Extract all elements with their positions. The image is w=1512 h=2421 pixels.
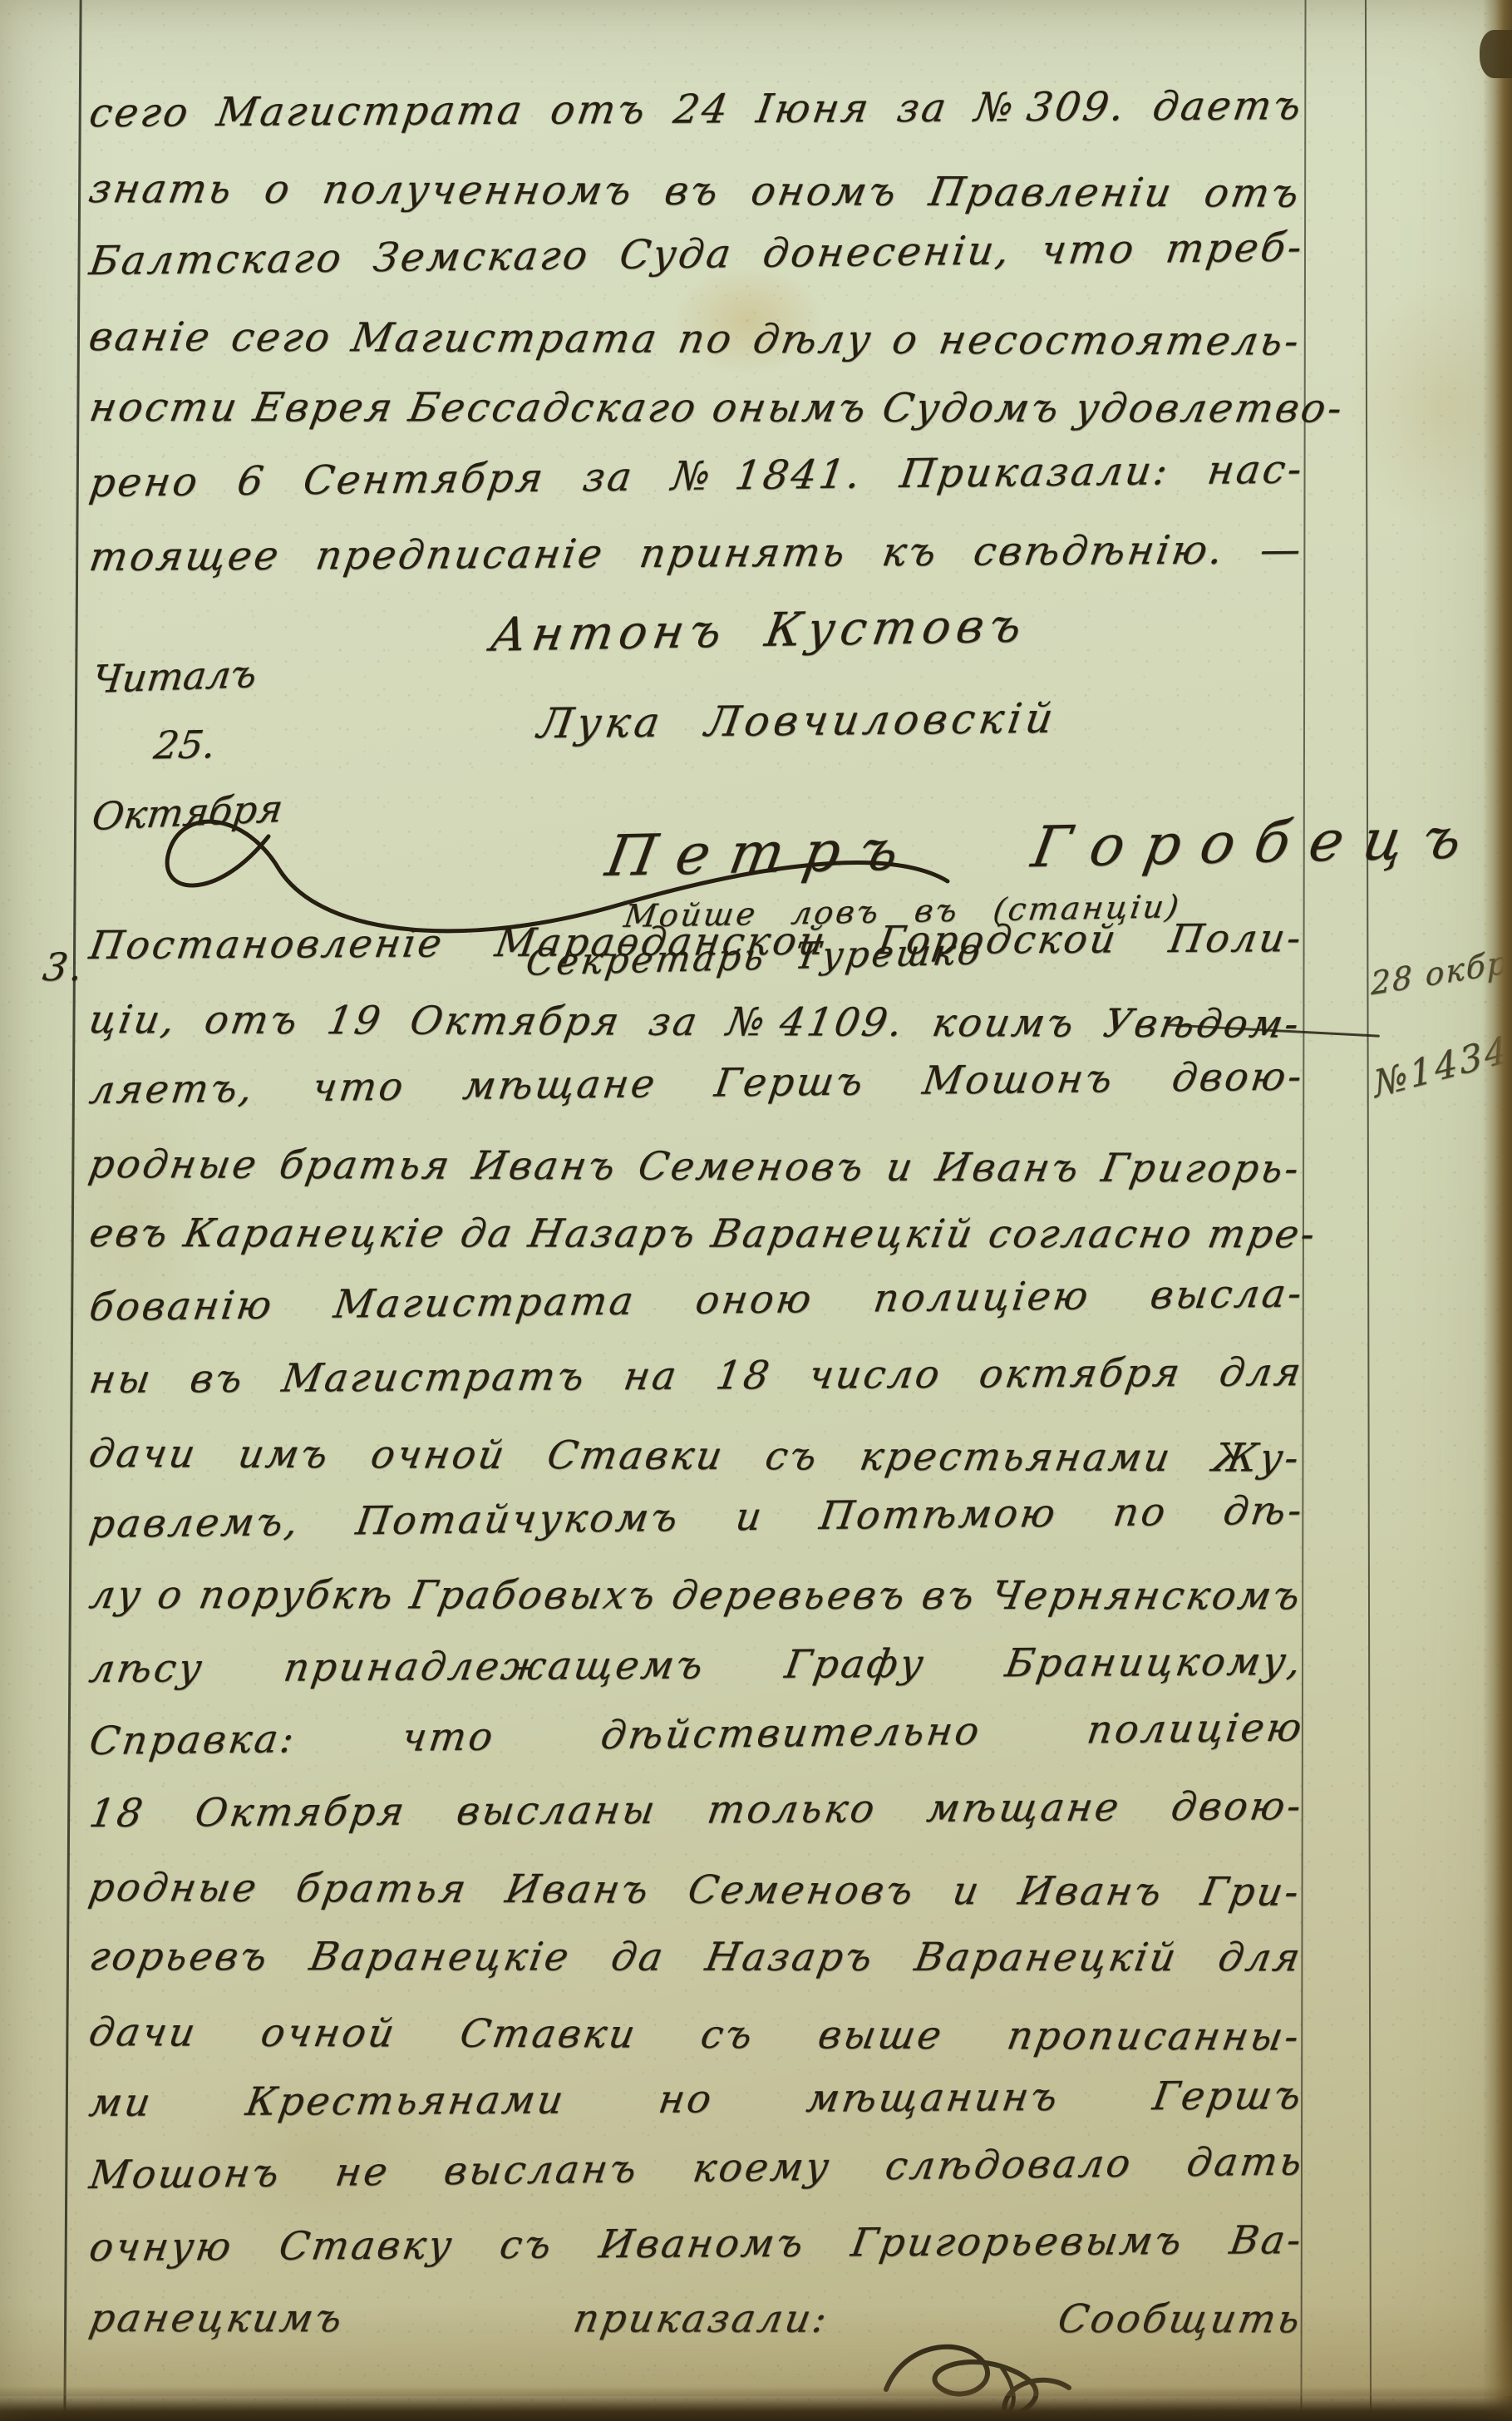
right-margin-number-note: №1434 [1372,1028,1512,1107]
manuscript-line: лу о порубкѣ Грабовыхъ деревьевъ въ Черн… [84,1559,1308,1632]
manuscript-line: родные братья Иванъ Семеновъ и Иванъ Гри… [83,1128,1307,1206]
manuscript-line: Постановленіе Мараѳданской Городской Пол… [84,902,1308,982]
margin-note-day: 25. [150,709,287,780]
paper-stain [1347,283,1512,532]
manuscript-page: сего Магистрата отъ 24 Іюня за №309. дае… [0,0,1512,2421]
entry-paragraph: 3. Постановленіе Мараѳданской Городской … [90,910,1302,2356]
manuscript-line: ваніе сего Магистрата по дѣлу о несостоя… [83,300,1307,379]
manuscript-line: рено 6 Сентября за №1841. Приказали: нас… [85,432,1309,520]
manuscript-line: тоящее предписаніе принять къ свѣдѣнію. … [84,513,1308,594]
manuscript-line: Балтскаго Земскаго Суда донесеніи, что т… [85,210,1309,298]
margin-rule-left [63,0,81,2421]
right-margin-date-note: 28 окбр [1371,944,1509,1003]
manuscript-line: горьевъ Варанецкіе да Назаръ Варанецкій … [84,1921,1308,1994]
manuscript-line: Мошонъ не высланъ коему слѣдовало дать [85,2125,1308,2211]
manuscript-line: ляетъ, что мѣщане Гершъ Мошонъ двою- [85,1040,1308,1127]
margin-note-word: Читалъ [88,639,286,713]
manuscript-line: равлемъ, Потайчукомъ и Потѣмою по дѣ- [85,1474,1308,1561]
manuscript-line: сего Магистрата отъ 24 Іюня за №309. дае… [84,69,1308,150]
manuscript-line: 18 Октября высланы только мѣщане двою- [84,1770,1308,1850]
manuscript-line: бованію Магистрата оною полиціею высла- [85,1257,1308,1344]
margin-note-month: Октября [88,774,288,851]
margin-rule-right-outer [1365,0,1372,2421]
left-margin-reading-note: Читалъ 25. Октября [93,642,282,846]
entry-lines: Постановленіе Мараѳданской Городской Пол… [90,910,1302,2356]
signature-second-member: Лука Ловчиловскій [534,694,1060,748]
manuscript-line: Справка: что дѣйствительно полиціею [85,1691,1308,1778]
entry-number: 3. [38,931,90,1003]
page-edge-right [1483,0,1512,2421]
manuscript-line: ранецкимъ приказали: Сообщить [84,2282,1308,2355]
signature-first-member: Антонъ Кустовъ [487,599,1031,662]
manuscript-line: родные братья Иванъ Семеновъ и Иванъ Гри… [83,1851,1307,1929]
page-edge-bottom [0,2386,1512,2421]
manuscript-line: ны въ Магистратъ на 18 число октября для [84,1336,1308,1416]
opening-paragraph: сего Магистрата отъ 24 Іюня за №309. дае… [90,76,1302,594]
signature-third-member: Петръ Горобецъ [601,806,1486,890]
page-edge-notch [1480,30,1512,78]
manuscript-line: очную Ставку съ Иваномъ Григорьевымъ Ва- [84,2204,1308,2284]
